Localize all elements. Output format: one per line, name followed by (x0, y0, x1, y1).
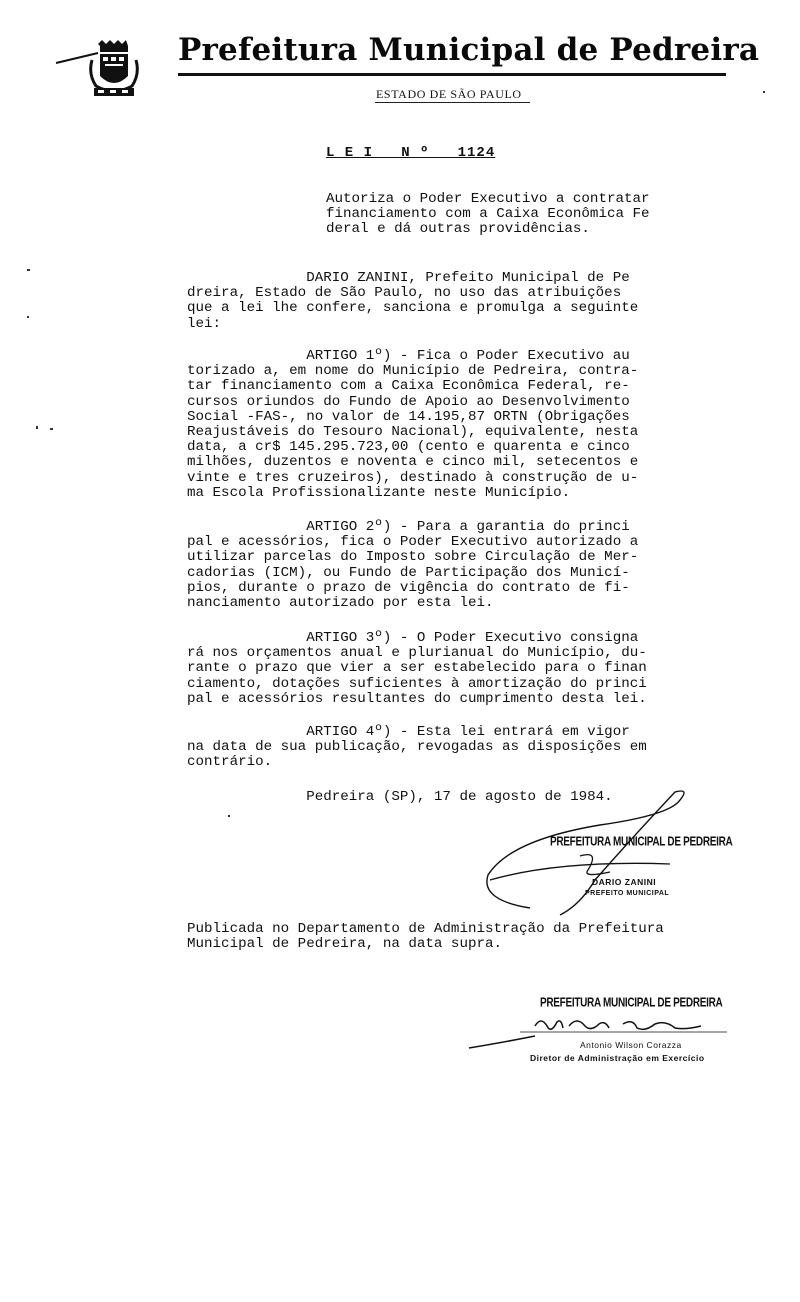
director-office-stamp: PREFEITURA MUNICIPAL DE PEDREIRA (540, 996, 722, 1010)
scan-speck (763, 91, 765, 93)
preamble-line: dreira, Estado de São Paulo, no uso das … (187, 286, 638, 301)
mayor-signature-scribble (470, 780, 730, 920)
ementa: Autoriza o Poder Executivo a contratar f… (326, 192, 650, 238)
preamble-line: DARIO ZANINI, Prefeito Municipal de Pe (187, 271, 638, 286)
article-line: contrário. (187, 755, 647, 770)
article-line: ARTIGO 4º) - Esta lei entrará em vigor (187, 725, 647, 740)
scan-speck (27, 316, 29, 318)
publication-line: Municipal de Pedreira, na data supra. (187, 937, 664, 952)
article-line: ARTIGO 3º) - O Poder Executivo consigna (187, 631, 647, 646)
director-name: Antonio Wilson Corazza (580, 1040, 682, 1050)
article-line: pios, durante o prazo de vigência do con… (187, 581, 638, 596)
director-role: Diretor de Administração em Exercício (530, 1053, 705, 1063)
publication-note: Publicada no Departamento de Administraç… (187, 922, 664, 952)
article-4: ARTIGO 4º) - Esta lei entrará em vigor n… (187, 725, 647, 771)
article-1: ARTIGO 1º) - Fica o Poder Executivo au t… (187, 349, 638, 501)
article-line: ma Escola Profissionalizante neste Munic… (187, 486, 638, 501)
article-line: pal e acessórios, fica o Poder Executivo… (187, 535, 638, 550)
ementa-line: financiamento com a Caixa Econômica Fe (326, 207, 650, 222)
article-line: rante o prazo que vier a ser estabelecid… (187, 661, 647, 676)
article-line: tar financiamento com a Caixa Econômica … (187, 379, 638, 394)
article-line: na data de sua publicação, revogadas as … (187, 740, 647, 755)
law-number-heading: L E I N º 1124 (326, 146, 495, 161)
article-line: utilizar parcelas do Imposto sobre Circu… (187, 550, 638, 565)
state-subtitle: ESTADO DE SÃO PAULO (376, 87, 522, 102)
page-title: Prefeitura Municipal de Pedreira (178, 32, 759, 68)
preamble-line: que a lei lhe confere, sanciona e promul… (187, 301, 638, 316)
article-2: ARTIGO 2º) - Para a garantia do princi p… (187, 520, 638, 611)
article-line: data, a cr$ 145.295.723,00 (cento e quar… (187, 440, 638, 455)
article-line: ARTIGO 2º) - Para a garantia do princi (187, 520, 638, 535)
article-line: milhões, duzentos e noventa e cinco mil,… (187, 455, 638, 470)
article-line: pal e acessórios resultantes do cumprime… (187, 692, 647, 707)
article-line: nanciamento autorizado por esta lei. (187, 596, 638, 611)
article-line: cadorias (ICM), ou Fundo de Participação… (187, 566, 638, 581)
publication-line: Publicada no Departamento de Administraç… (187, 922, 664, 937)
mayor-role: PREFEITO MUNICIPAL (585, 890, 669, 897)
article-line: Social -FAS-, no valor de 14.195,87 ORTN… (187, 410, 638, 425)
article-line: vinte e tres cruzeiros), destinado à con… (187, 471, 638, 486)
scan-speck (27, 269, 30, 271)
ementa-line: Autoriza o Poder Executivo a contratar (326, 192, 650, 207)
scan-speck (36, 426, 38, 429)
article-line: ARTIGO 1º) - Fica o Poder Executivo au (187, 349, 638, 364)
subtitle-underline (375, 102, 530, 103)
coat-of-arms-icon (54, 38, 144, 100)
title-rule (178, 73, 726, 76)
scan-speck (228, 815, 230, 817)
article-line: ciamento, dotações suficientes à amortiz… (187, 677, 647, 692)
article-line: rá nos orçamentos anual e plurianual do … (187, 646, 647, 661)
article-line: Reajustáveis do Tesouro Nacional), equiv… (187, 425, 638, 440)
article-line: cursos oriundos do Fundo de Apoio ao Des… (187, 395, 638, 410)
article-line: torizado a, em nome do Município de Pedr… (187, 364, 638, 379)
mayor-name: DARIO ZANINI (592, 877, 656, 887)
preamble-line: lei: (187, 317, 638, 332)
ementa-line: deral e dá outras providências. (326, 222, 650, 237)
preamble: DARIO ZANINI, Prefeito Municipal de Pe d… (187, 271, 638, 332)
scan-speck (50, 428, 53, 430)
mayor-office-stamp: PREFEITURA MUNICIPAL DE PEDREIRA (550, 835, 732, 849)
article-3: ARTIGO 3º) - O Poder Executivo consigna … (187, 631, 647, 707)
